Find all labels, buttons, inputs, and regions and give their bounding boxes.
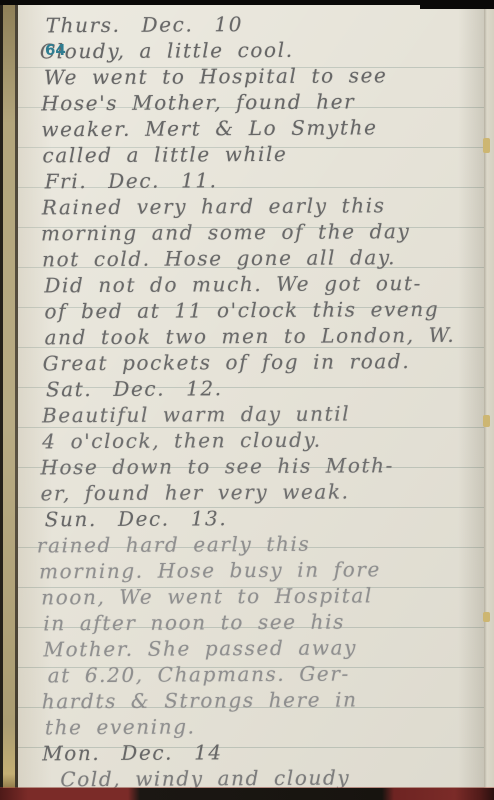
entry-line: Beautiful warm day until [42,400,488,429]
entry-line: er, found her very weak. [40,478,488,507]
entry-line: morning and some of the day [41,218,487,247]
page-number-stamp: 64 [45,41,66,59]
entry-line: and took two men to London, W. [45,322,488,351]
entry-line: the evening. [45,712,490,741]
entry-line: hardts & Strongs here in [42,686,490,715]
page-edge-notch [483,415,490,427]
page-edge-notch [483,612,490,622]
notebook-photo: 64 Thurs. Dec. 10 Cloudy, a little cool.… [0,0,494,800]
photo-top-border-right [420,0,494,9]
notebook-cover-edge [0,788,494,800]
entry-heading: Thurs. Dec. 10 [46,10,486,39]
binding-strip [3,4,15,790]
entry-line: Hose's Mother, found her [41,88,486,117]
entry-line: Cloudy, a little cool. [40,36,486,65]
entry-line: of bed at 11 o'clock this eveng [44,296,487,325]
entry-heading: Mon. Dec. 14 [42,738,490,767]
entry-line: rained hard early this [37,530,489,559]
entry-line: called a little while [42,140,486,169]
entry-heading: Fri. Dec. 11. [45,166,487,195]
page-edge-notch [483,138,490,153]
entry-line: Rained very hard early this [42,192,487,221]
entry-line: at 6.20, Chapmans. Ger- [48,660,490,689]
entry-line: weaker. Mert & Lo Smythe [41,114,486,143]
entry-heading: Sat. Dec. 12. [46,374,488,403]
entry-line: Mother. She passed away [43,634,489,663]
entry-line: not cold. Hose gone all day. [42,244,487,273]
entry-line: We went to Hospital to see [44,62,486,91]
entry-line: Hose down to see his Moth- [40,452,488,481]
entry-line: morning. Hose busy in fore [39,556,489,585]
entry-line: 4 o'clock, then cloudy. [42,426,488,455]
entry-line: in after noon to see his [43,608,489,637]
diary-page: 64 Thurs. Dec. 10 Cloudy, a little cool.… [18,4,484,790]
entry-line: noon, We went to Hospital [41,582,489,611]
diary-handwriting: Thurs. Dec. 10 Cloudy, a little cool. We… [40,10,491,793]
entry-line: Great pockets of fog in road. [43,348,488,377]
entry-heading: Sun. Dec. 13. [45,504,489,533]
page-edge [484,4,494,788]
entry-line: Did not do much. We got out- [44,270,487,299]
